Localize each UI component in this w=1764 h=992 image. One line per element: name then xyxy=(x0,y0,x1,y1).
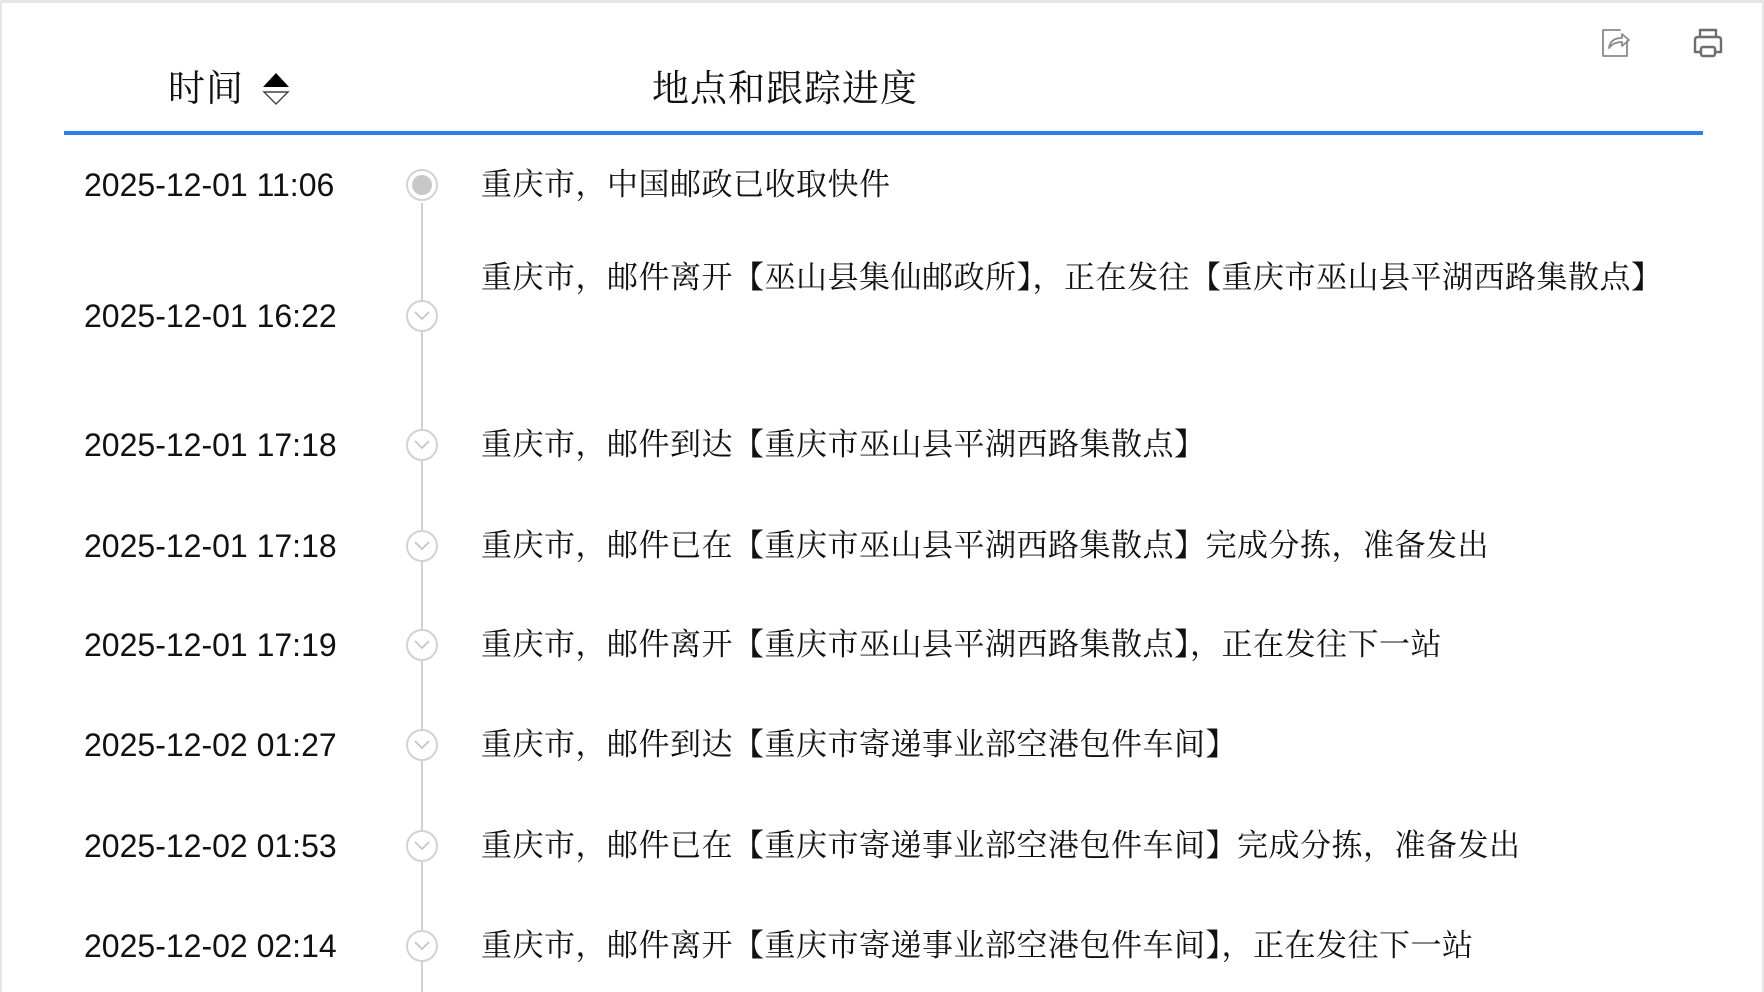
current-status-dot-icon xyxy=(406,169,438,201)
printer-icon[interactable] xyxy=(1690,25,1726,61)
row-timestamp: 2025-12-01 17:18 xyxy=(84,425,337,465)
tracking-panel: 时间 地点和跟踪进度 2025-12-01 11:06 重庆市，中国邮政已收取快… xyxy=(0,0,1764,992)
row-timestamp: 2025-12-01 16:22 xyxy=(84,296,337,336)
chevron-down-icon xyxy=(406,300,438,332)
row-description: 重庆市，邮件离开【巫山县集仙邮政所】，正在发往【重庆市巫山县平湖西路集散点】 xyxy=(481,248,1661,308)
row-timestamp: 2025-12-01 17:18 xyxy=(84,526,337,566)
chevron-down-icon xyxy=(406,729,438,761)
share-export-icon[interactable] xyxy=(1598,25,1634,61)
row-timestamp: 2025-12-02 01:53 xyxy=(84,826,337,866)
chevron-down-icon xyxy=(406,530,438,562)
column-header-location-progress: 地点和跟踪进度 xyxy=(652,65,918,113)
chevron-down-icon xyxy=(406,930,438,962)
row-timestamp: 2025-12-02 02:14 xyxy=(84,926,337,966)
chevron-down-icon xyxy=(406,429,438,461)
sort-toggle[interactable] xyxy=(262,72,290,106)
row-description: 重庆市，邮件已在【重庆市巫山县平湖西路集散点】完成分拣，准备发出 xyxy=(481,516,1661,576)
column-header-time[interactable]: 时间 xyxy=(168,65,290,113)
row-timestamp: 2025-12-01 11:06 xyxy=(84,165,334,205)
row-description: 重庆市，邮件离开【重庆市巫山县平湖西路集散点】，正在发往下一站 xyxy=(481,615,1661,675)
row-description: 重庆市，中国邮政已收取快件 xyxy=(481,155,1661,215)
header-divider xyxy=(64,131,1703,135)
row-description: 重庆市，邮件到达【重庆市寄递事业部空港包件车间】 xyxy=(481,715,1661,775)
row-description: 重庆市，邮件已在【重庆市寄递事业部空港包件车间】完成分拣，准备发出 xyxy=(481,816,1661,876)
sort-descending-icon[interactable] xyxy=(262,90,290,106)
column-header-time-label: 时间 xyxy=(168,65,244,113)
row-description: 重庆市，邮件到达【重庆市巫山县平湖西路集散点】 xyxy=(481,415,1661,475)
sort-ascending-icon[interactable] xyxy=(262,72,290,88)
row-timestamp: 2025-12-02 01:27 xyxy=(84,725,337,765)
row-description: 重庆市，邮件离开【重庆市寄递事业部空港包件车间】，正在发往下一站 xyxy=(481,916,1661,976)
chevron-down-icon xyxy=(406,830,438,862)
row-timestamp: 2025-12-01 17:19 xyxy=(84,625,337,665)
chevron-down-icon xyxy=(406,629,438,661)
